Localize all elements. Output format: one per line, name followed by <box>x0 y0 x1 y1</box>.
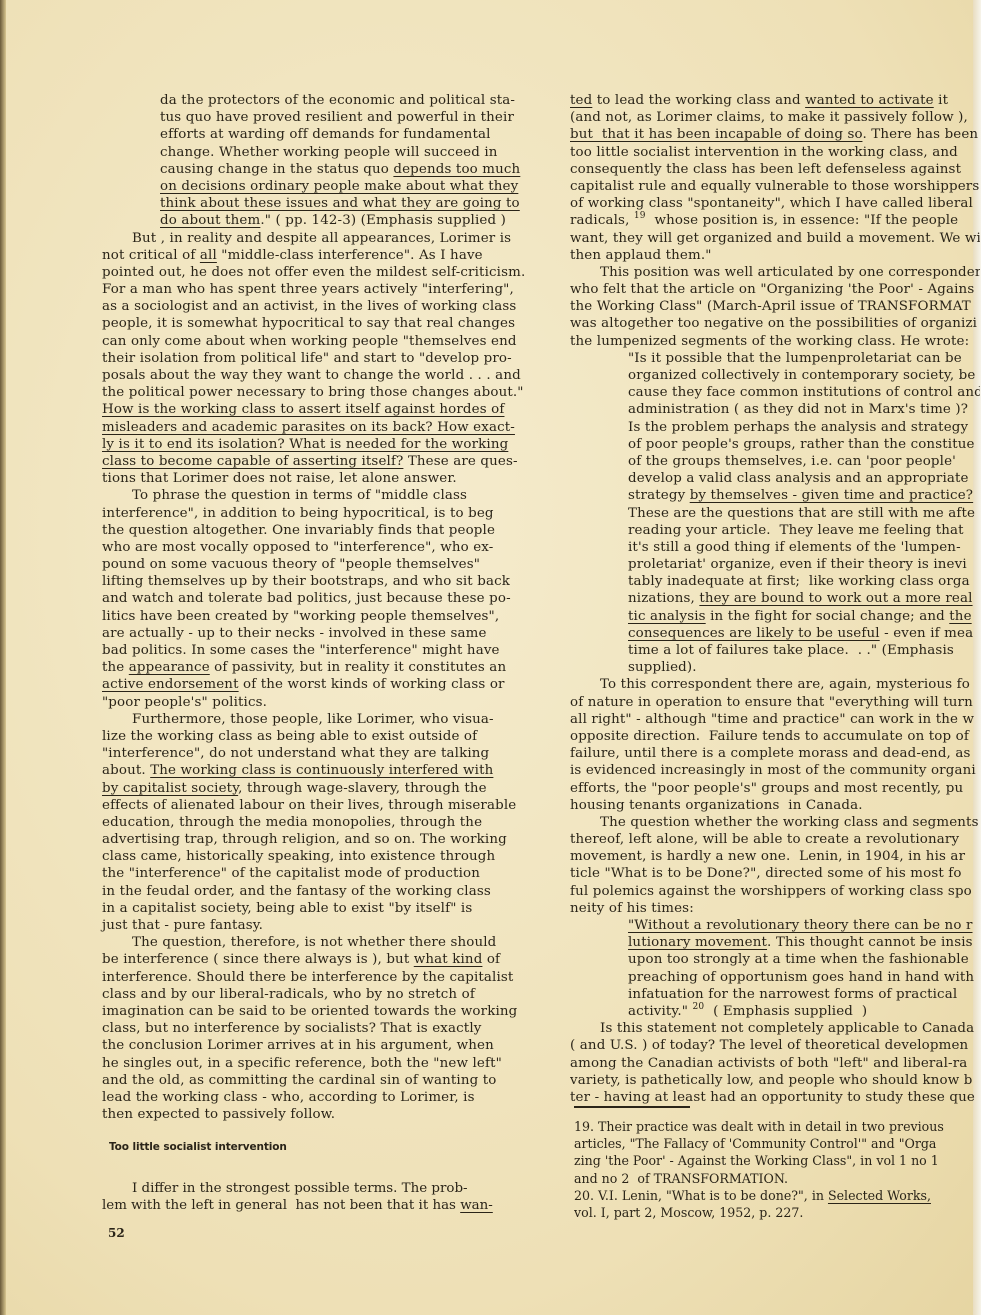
text-line: who are most vocally opposed to "interfe… <box>102 539 532 556</box>
text-line: then expected to passively follow. <box>102 1106 532 1123</box>
text-run: class came, historically speaking, into … <box>102 849 495 864</box>
text-run: ( Emphasis supplied ) <box>704 1004 867 1019</box>
text-run: opposite direction. Failure tends to acc… <box>570 729 969 744</box>
text-line: Furthermore, those people, like Lorimer,… <box>102 711 532 728</box>
text-line: lize the working class as being able to … <box>102 728 532 745</box>
text-run: the <box>102 660 129 675</box>
text-run: articles, "The Fallacy of 'Community Con… <box>574 1136 936 1151</box>
text-run: and no 2 of TRANSFORMATION. <box>574 1171 788 1186</box>
text-line: tic analysis in the fight for social cha… <box>570 608 980 625</box>
text-run: just that - pure fantasy. <box>102 918 263 933</box>
footnote-reference: 19 <box>634 211 646 221</box>
text-line: on decisions ordinary people make about … <box>102 178 532 195</box>
underlined-emphasis: on decisions ordinary people make about … <box>160 179 518 194</box>
text-line: want, they will get organized and build … <box>570 230 980 247</box>
text-line: was altogether too negative on the possi… <box>570 315 980 332</box>
text-line: and watch and tolerate bad politics, jus… <box>102 590 532 607</box>
text-run: ful polemics against the worshippers of … <box>570 884 972 899</box>
text-run: proletariat' organize, even if their the… <box>628 557 967 572</box>
underlined-emphasis: ly is it to end its isolation? What is n… <box>102 437 508 452</box>
text-line: tions that Lorimer does not raise, let a… <box>102 470 532 487</box>
text-line: radicals, 19 whose position is, in essen… <box>570 212 980 229</box>
text-run: too little socialist intervention in the… <box>570 145 958 160</box>
text-run: lead the working class - who, according … <box>102 1090 475 1105</box>
text-line: For a man who has spent three years acti… <box>102 281 532 298</box>
text-line: ted to lead the working class and wanted… <box>570 92 980 109</box>
text-run: in the fight for social change; and <box>706 609 950 624</box>
text-line: the lumpenized segments of the working c… <box>570 333 980 350</box>
text-run: among the Canadian activists of both "le… <box>570 1056 967 1071</box>
text-run: and watch and tolerate bad politics, jus… <box>102 591 511 606</box>
text-line: think about these issues and what they a… <box>102 195 532 212</box>
text-line: and the old, as committing the cardinal … <box>102 1072 532 1089</box>
text-line: the appearance of passivity, but in real… <box>102 659 532 676</box>
text-line: about. The working class is continuously… <box>102 762 532 779</box>
text-line: class came, historically speaking, into … <box>102 848 532 865</box>
text-run: 20. V.I. Lenin, "What is to be done?", i… <box>574 1188 828 1203</box>
text-run: who felt that the article on "Organizing… <box>570 282 974 297</box>
text-line: of working class "spontaneity", which I … <box>570 195 980 212</box>
underlined-emphasis: the <box>949 609 971 624</box>
text-line: but that it has been incapable of doing … <box>570 126 980 143</box>
text-line: posals about the way they want to change… <box>102 367 532 384</box>
text-run: administration ( as they did not in Marx… <box>628 402 968 417</box>
text-run: effects of alienated labour on their liv… <box>102 798 516 813</box>
text-run: da the protectors of the economic and po… <box>160 93 515 108</box>
text-run: 19. Their practice was dealt with in det… <box>574 1119 944 1134</box>
footnote-line: zing 'the Poor' - Against the Working Cl… <box>574 1152 980 1169</box>
text-run: organized collectively in contemporary s… <box>628 368 975 383</box>
text-line: class, but no interference by socialists… <box>102 1020 532 1037</box>
text-run: was altogether too negative on the possi… <box>570 316 977 331</box>
text-line: not critical of all "middle-class interf… <box>102 247 532 264</box>
text-run: consequently the class has been left def… <box>570 162 961 177</box>
text-line: of nature in operation to ensure that "e… <box>570 694 980 711</box>
text-line: who felt that the article on "Organizing… <box>570 281 980 298</box>
text-run: education, through the media monopolies,… <box>102 815 482 830</box>
text-run: reading your article. They leave me feel… <box>628 523 964 538</box>
underlined-emphasis: The working class is continuously interf… <box>150 763 493 778</box>
text-run: lifting themselves up by their bootstrap… <box>102 574 510 589</box>
text-line: are actually - up to their necks - invol… <box>102 625 532 642</box>
text-line: the "interference" of the capitalist mod… <box>102 865 532 882</box>
text-run: thereof, left alone, will be able to cre… <box>570 832 959 847</box>
underlined-emphasis: class to become capable of asserting its… <box>102 454 403 469</box>
text-run: But , in reality and despite all appeara… <box>132 231 511 246</box>
text-line: This position was well articulated by on… <box>570 264 980 281</box>
section-body-start: I differ in the strongest possible terms… <box>102 1180 532 1214</box>
text-line: These are the questions that are still w… <box>570 505 980 522</box>
text-run: lem with the left in general has not bee… <box>102 1198 460 1213</box>
underlined-emphasis: but that it has been incapable of doing … <box>570 127 862 142</box>
text-line: people, it is somewhat hypocritical to s… <box>102 315 532 332</box>
left-text-column: da the protectors of the economic and po… <box>102 92 532 1123</box>
text-run: want, they will get organized and build … <box>570 231 980 246</box>
underlined-emphasis: all <box>200 248 217 263</box>
text-run: supplied). <box>628 660 697 675</box>
text-run: the political power necessary to bring t… <box>102 385 524 400</box>
text-line: by capitalist society, through wage-slav… <box>102 780 532 797</box>
underlined-emphasis: wanted to activate <box>805 93 934 108</box>
text-run: Is the problem perhaps the analysis and … <box>628 420 968 435</box>
text-line: neity of his times: <box>570 900 980 917</box>
text-run: radicals, <box>570 213 634 228</box>
text-run: zing 'the Poor' - Against the Working Cl… <box>574 1153 939 1168</box>
text-run: who are most vocally opposed to "interfe… <box>102 540 493 555</box>
text-line: he singles out, in a specific reference,… <box>102 1055 532 1072</box>
text-run: time a lot of failures take place. . ." … <box>628 643 954 658</box>
text-run: These are ques- <box>403 454 517 469</box>
text-line: time a lot of failures take place. . ." … <box>570 642 980 659</box>
text-run: be interference ( since there always is … <box>102 952 414 967</box>
text-line: in the feudal order, and the fantasy of … <box>102 883 532 900</box>
footnote-line: and no 2 of TRANSFORMATION. <box>574 1170 980 1187</box>
text-run: interference. Should there be interferen… <box>102 970 513 985</box>
text-line: among the Canadian activists of both "le… <box>570 1055 980 1072</box>
text-run: pound on some vacuous theory of "people … <box>102 557 480 572</box>
text-run: are actually - up to their necks - invol… <box>102 626 487 641</box>
underlined-emphasis: How is the working class to assert itsel… <box>102 402 504 417</box>
text-run: as a sociologist and an activist, in the… <box>102 299 516 314</box>
text-line: develop a valid class analysis and an ap… <box>570 470 980 487</box>
footnote-line: articles, "The Fallacy of 'Community Con… <box>574 1135 980 1152</box>
text-run: of <box>482 952 500 967</box>
text-line: strategy by themselves - given time and … <box>570 487 980 504</box>
text-line: be interference ( since there always is … <box>102 951 532 968</box>
text-line: the political power necessary to bring t… <box>102 384 532 401</box>
underlined-emphasis: lutionary movement <box>628 935 767 950</box>
text-line: failure, until there is a complete moras… <box>570 745 980 762</box>
text-run: Is this statement not completely applica… <box>600 1021 974 1036</box>
text-run: he singles out, in a specific reference,… <box>102 1056 502 1071</box>
text-line: imagination can be said to be oriented t… <box>102 1003 532 1020</box>
underlined-emphasis: Selected Works, <box>828 1188 931 1203</box>
text-run: These are the questions that are still w… <box>628 506 975 521</box>
text-line: pound on some vacuous theory of "people … <box>102 556 532 573</box>
text-line: lead the working class - who, according … <box>102 1089 532 1106</box>
text-line: The question, therefore, is not whether … <box>102 934 532 951</box>
text-line: cause they face common institutions of c… <box>570 384 980 401</box>
text-run: . This thought cannot be insis <box>767 935 973 950</box>
underlined-emphasis: misleaders and academic parasites on its… <box>102 420 515 435</box>
text-run: people, it is somewhat hypocritical to s… <box>102 316 515 331</box>
text-run: failure, until there is a complete moras… <box>570 746 971 761</box>
text-line: "Without a revolutionary theory there ca… <box>570 917 980 934</box>
text-line: interference. Should there be interferen… <box>102 969 532 986</box>
text-run: is evidenced increasingly in most of the… <box>570 763 976 778</box>
text-line: opposite direction. Failure tends to acc… <box>570 728 980 745</box>
text-run: pointed out, he does not offer even the … <box>102 265 525 280</box>
text-run: strategy <box>628 488 690 503</box>
text-line: lifting themselves up by their bootstrap… <box>102 573 532 590</box>
text-line: efforts at warding off demands for funda… <box>102 126 532 143</box>
text-line: too little socialist intervention in the… <box>570 144 980 161</box>
underlined-emphasis: by themselves - given time and practice? <box>690 488 973 503</box>
text-line: ly is it to end its isolation? What is n… <box>102 436 532 453</box>
text-line: To this correspondent there are, again, … <box>570 676 980 693</box>
text-line: the question altogether. One invariably … <box>102 522 532 539</box>
text-line: litics have been created by "working peo… <box>102 608 532 625</box>
text-run: To phrase the question in terms of "midd… <box>132 488 467 503</box>
text-line: education, through the media monopolies,… <box>102 814 532 831</box>
text-run: the lumpenized segments of the working c… <box>570 334 969 349</box>
text-line: it's still a good thing if elements of t… <box>570 539 980 556</box>
text-run: (and not, as Lorimer claims, to make it … <box>570 110 968 125</box>
text-run: it's still a good thing if elements of t… <box>628 540 961 555</box>
text-line: effects of alienated labour on their liv… <box>102 797 532 814</box>
text-line: class to become capable of asserting its… <box>102 453 532 470</box>
text-line: ( and U.S. ) of today? The level of theo… <box>570 1037 980 1054</box>
text-run: housing tenants organizations in Canada. <box>570 798 863 813</box>
text-run: bad politics. In some cases the "interfe… <box>102 643 500 658</box>
text-run: ticle "What is to be Done?", directed so… <box>570 866 962 881</box>
text-run: I differ in the strongest possible terms… <box>132 1181 468 1196</box>
text-line: How is the working class to assert itsel… <box>102 401 532 418</box>
underlined-emphasis: by capitalist society <box>102 781 238 796</box>
text-run: the "interference" of the capitalist mod… <box>102 866 480 881</box>
text-line: can only come about when working people … <box>102 333 532 350</box>
text-line: organized collectively in contemporary s… <box>570 367 980 384</box>
text-run: ." ( pp. 142-3) (Emphasis supplied ) <box>260 213 506 228</box>
text-line: class and by our liberal-radicals, who b… <box>102 986 532 1003</box>
text-run: the conclusion Lorimer arrives at in his… <box>102 1038 494 1053</box>
text-run: tus quo have proved resilient and powerf… <box>160 110 514 125</box>
underlined-emphasis: "Without a revolutionary theory there ca… <box>628 918 973 933</box>
underlined-emphasis: they are bound to work out a more real <box>699 591 972 606</box>
text-run: preaching of opportunism goes hand in ha… <box>628 970 979 985</box>
text-run: of the worst kinds of working class or <box>239 677 505 692</box>
text-line: "poor people's" politics. <box>102 694 532 711</box>
text-line: interference", in addition to being hypo… <box>102 505 532 522</box>
text-run: and the old, as committing the cardinal … <box>102 1073 496 1088</box>
text-line: then applaud them." <box>570 247 980 264</box>
text-line: tus quo have proved resilient and powerf… <box>102 109 532 126</box>
text-run: efforts at warding off demands for funda… <box>160 127 491 142</box>
footnote-line: 19. Their practice was dealt with in det… <box>574 1118 980 1135</box>
footnotes: 19. Their practice was dealt with in det… <box>574 1118 980 1221</box>
text-line: supplied). <box>570 659 980 676</box>
text-run: infatuation for the narrowest forms of p… <box>628 987 957 1002</box>
text-run: "middle-class interference". As I have <box>217 248 483 263</box>
text-line: pointed out, he does not offer even the … <box>102 264 532 281</box>
section-heading: Too little socialist intervention <box>109 1141 287 1153</box>
text-run: in a capitalist society, being able to e… <box>102 901 472 916</box>
text-line: of the groups themselves, i.e. can 'poor… <box>570 453 980 470</box>
text-line: activity." 20 ( Emphasis supplied ) <box>570 1003 980 1020</box>
text-line: To phrase the question in terms of "midd… <box>102 487 532 504</box>
text-run: interference", in addition to being hypo… <box>102 506 494 521</box>
text-run: neity of his times: <box>570 901 694 916</box>
text-line: the Working Class" (March-April issue of… <box>570 298 980 315</box>
text-run: it <box>934 93 948 108</box>
text-run: to lead the working class and <box>592 93 805 108</box>
text-line: da the protectors of the economic and po… <box>102 92 532 109</box>
text-line: bad politics. In some cases the "interfe… <box>102 642 532 659</box>
text-run: change. Whether working people will succ… <box>160 145 498 160</box>
text-run: of nature in operation to ensure that "e… <box>570 695 977 710</box>
text-run: the question altogether. One invariably … <box>102 523 495 538</box>
text-line: their isolation from political life" and… <box>102 350 532 367</box>
text-run: This position was well articulated by on… <box>600 265 980 280</box>
text-line: upon too strongly at a time when the fas… <box>570 951 980 968</box>
text-run: upon too strongly at a time when the fas… <box>628 952 969 967</box>
text-line: preaching of opportunism goes hand in ha… <box>570 969 980 986</box>
text-run: all right" - although "time and practice… <box>570 712 974 727</box>
footnote-reference: 20 <box>692 1002 704 1012</box>
text-run: activity." <box>628 1004 692 1019</box>
text-line: thereof, left alone, will be able to cre… <box>570 831 980 848</box>
footnote-line: 20. V.I. Lenin, "What is to be done?", i… <box>574 1187 980 1204</box>
underlined-emphasis: depends too much <box>393 162 520 177</box>
text-line: as a sociologist and an activist, in the… <box>102 298 532 315</box>
underlined-emphasis: consequences are likely to be useful <box>628 626 880 641</box>
text-line: housing tenants organizations in Canada. <box>570 797 980 814</box>
text-line: in a capitalist society, being able to e… <box>102 900 532 917</box>
text-line: is evidenced increasingly in most of the… <box>570 762 980 779</box>
text-run: about. <box>102 763 150 778</box>
text-line: tably inadequate at first; like working … <box>570 573 980 590</box>
text-run: , through wage-slavery, through the <box>238 781 487 796</box>
text-run: "poor people's" politics. <box>102 695 267 710</box>
text-run: The question, therefore, is not whether … <box>132 935 496 950</box>
text-line: do about them." ( pp. 142-3) (Emphasis s… <box>102 212 532 229</box>
text-line: movement, is hardly a new one. Lenin, in… <box>570 848 980 865</box>
footnote-divider <box>574 1106 690 1108</box>
underlined-emphasis: appearance <box>129 660 210 675</box>
text-run: then applaud them." <box>570 248 712 263</box>
text-run: ( and U.S. ) of today? The level of theo… <box>570 1038 968 1053</box>
text-run: "interference", do not understand what t… <box>102 746 489 761</box>
text-line: all right" - although "time and practice… <box>570 711 980 728</box>
text-run: To this correspondent there are, again, … <box>600 677 970 692</box>
text-line: lutionary movement. This thought cannot … <box>570 934 980 951</box>
text-line: ter - having at least had an opportunity… <box>570 1089 980 1106</box>
text-run: advertising trap, through religion, and … <box>102 832 507 847</box>
text-line: The question whether the working class a… <box>570 814 980 831</box>
text-run: nizations, <box>628 591 699 606</box>
text-run: of the groups themselves, i.e. can 'poor… <box>628 454 960 469</box>
text-run: class and by our liberal-radicals, who b… <box>102 987 475 1002</box>
text-line: of poor people's groups, rather than the… <box>570 436 980 453</box>
text-line: capitalist rule and equally vulnerable t… <box>570 178 980 195</box>
text-run: litics have been created by "working peo… <box>102 609 499 624</box>
text-run: capitalist rule and equally vulnerable t… <box>570 179 979 194</box>
text-line: variety, is pathetically low, and people… <box>570 1072 980 1089</box>
text-run: . There has been <box>862 127 978 142</box>
text-line: ful polemics against the worshippers of … <box>570 883 980 900</box>
text-run: posals about the way they want to change… <box>102 368 521 383</box>
text-line: consequences are likely to be useful - e… <box>570 625 980 642</box>
underlined-emphasis: think about these issues and what they a… <box>160 196 520 211</box>
text-run: - even if mea <box>880 626 974 641</box>
text-run: ter - having at least had an opportunity… <box>570 1090 975 1105</box>
text-run: "Is it possible that the lumpenproletari… <box>628 351 962 366</box>
underlined-emphasis: wan- <box>460 1198 493 1213</box>
text-line: just that - pure fantasy. <box>102 917 532 934</box>
text-line: administration ( as they did not in Marx… <box>570 401 980 418</box>
underlined-emphasis: what kind <box>414 952 483 967</box>
text-line: But , in reality and despite all appeara… <box>102 230 532 247</box>
page-binding-edge <box>0 0 6 1315</box>
text-run: imagination can be said to be oriented t… <box>102 1004 517 1019</box>
text-line: (and not, as Lorimer claims, to make it … <box>570 109 980 126</box>
text-line: misleaders and academic parasites on its… <box>102 419 532 436</box>
text-run: efforts, the "poor people's" groups and … <box>570 781 963 796</box>
text-line: advertising trap, through religion, and … <box>102 831 532 848</box>
text-run: variety, is pathetically low, and people… <box>570 1073 973 1088</box>
text-run: of passivity, but in reality it constitu… <box>210 660 506 675</box>
page-number: 52 <box>108 1226 125 1240</box>
underlined-emphasis: do about them <box>160 213 260 228</box>
text-run: whose position is, in essence: "If the p… <box>646 213 959 228</box>
text-run: class, but no interference by socialists… <box>102 1021 481 1036</box>
text-line: "interference", do not understand what t… <box>102 745 532 762</box>
text-run: The question whether the working class a… <box>600 815 979 830</box>
text-line: Is this statement not completely applica… <box>570 1020 980 1037</box>
text-line: active endorsement of the worst kinds of… <box>102 676 532 693</box>
text-run: tably inadequate at first; like working … <box>628 574 970 589</box>
text-line: infatuation for the narrowest forms of p… <box>570 986 980 1003</box>
footnote-line: vol. I, part 2, Moscow, 1952, p. 227. <box>574 1204 980 1221</box>
text-line: reading your article. They leave me feel… <box>570 522 980 539</box>
text-run: lize the working class as being able to … <box>102 729 477 744</box>
text-run: not critical of <box>102 248 200 263</box>
text-run: movement, is hardly a new one. Lenin, in… <box>570 849 965 864</box>
text-run: of poor people's groups, rather than the… <box>628 437 975 452</box>
text-run: can only come about when working people … <box>102 334 517 349</box>
text-line: change. Whether working people will succ… <box>102 144 532 161</box>
text-run: their isolation from political life" and… <box>102 351 512 366</box>
text-run: tions that Lorimer does not raise, let a… <box>102 471 457 486</box>
text-line: Is the problem perhaps the analysis and … <box>570 419 980 436</box>
text-line: nizations, they are bound to work out a … <box>570 590 980 607</box>
text-run: cause they face common institutions of c… <box>628 385 980 400</box>
text-run: causing change in the status quo <box>160 162 393 177</box>
text-line: proletariat' organize, even if their the… <box>570 556 980 573</box>
text-run: in the feudal order, and the fantasy of … <box>102 884 491 899</box>
text-line: consequently the class has been left def… <box>570 161 980 178</box>
text-run: develop a valid class analysis and an ap… <box>628 471 969 486</box>
text-run: the Working Class" (March-April issue of… <box>570 299 971 314</box>
text-line: causing change in the status quo depends… <box>102 161 532 178</box>
text-line: "Is it possible that the lumpenproletari… <box>570 350 980 367</box>
text-run: then expected to passively follow. <box>102 1107 335 1122</box>
text-line: the conclusion Lorimer arrives at in his… <box>102 1037 532 1054</box>
right-text-column: ted to lead the working class and wanted… <box>570 92 980 1106</box>
text-run: of working class "spontaneity", which I … <box>570 196 973 211</box>
underlined-emphasis: ted <box>570 93 592 108</box>
text-run: For a man who has spent three years acti… <box>102 282 514 297</box>
text-run: Furthermore, those people, like Lorimer,… <box>132 712 494 727</box>
text-line: lem with the left in general has not bee… <box>102 1197 532 1214</box>
text-run: vol. I, part 2, Moscow, 1952, p. 227. <box>574 1205 803 1220</box>
underlined-emphasis: active endorsement <box>102 677 239 692</box>
text-line: I differ in the strongest possible terms… <box>102 1180 532 1197</box>
text-line: ticle "What is to be Done?", directed so… <box>570 865 980 882</box>
underlined-emphasis: tic analysis <box>628 609 706 624</box>
text-line: efforts, the "poor people's" groups and … <box>570 780 980 797</box>
